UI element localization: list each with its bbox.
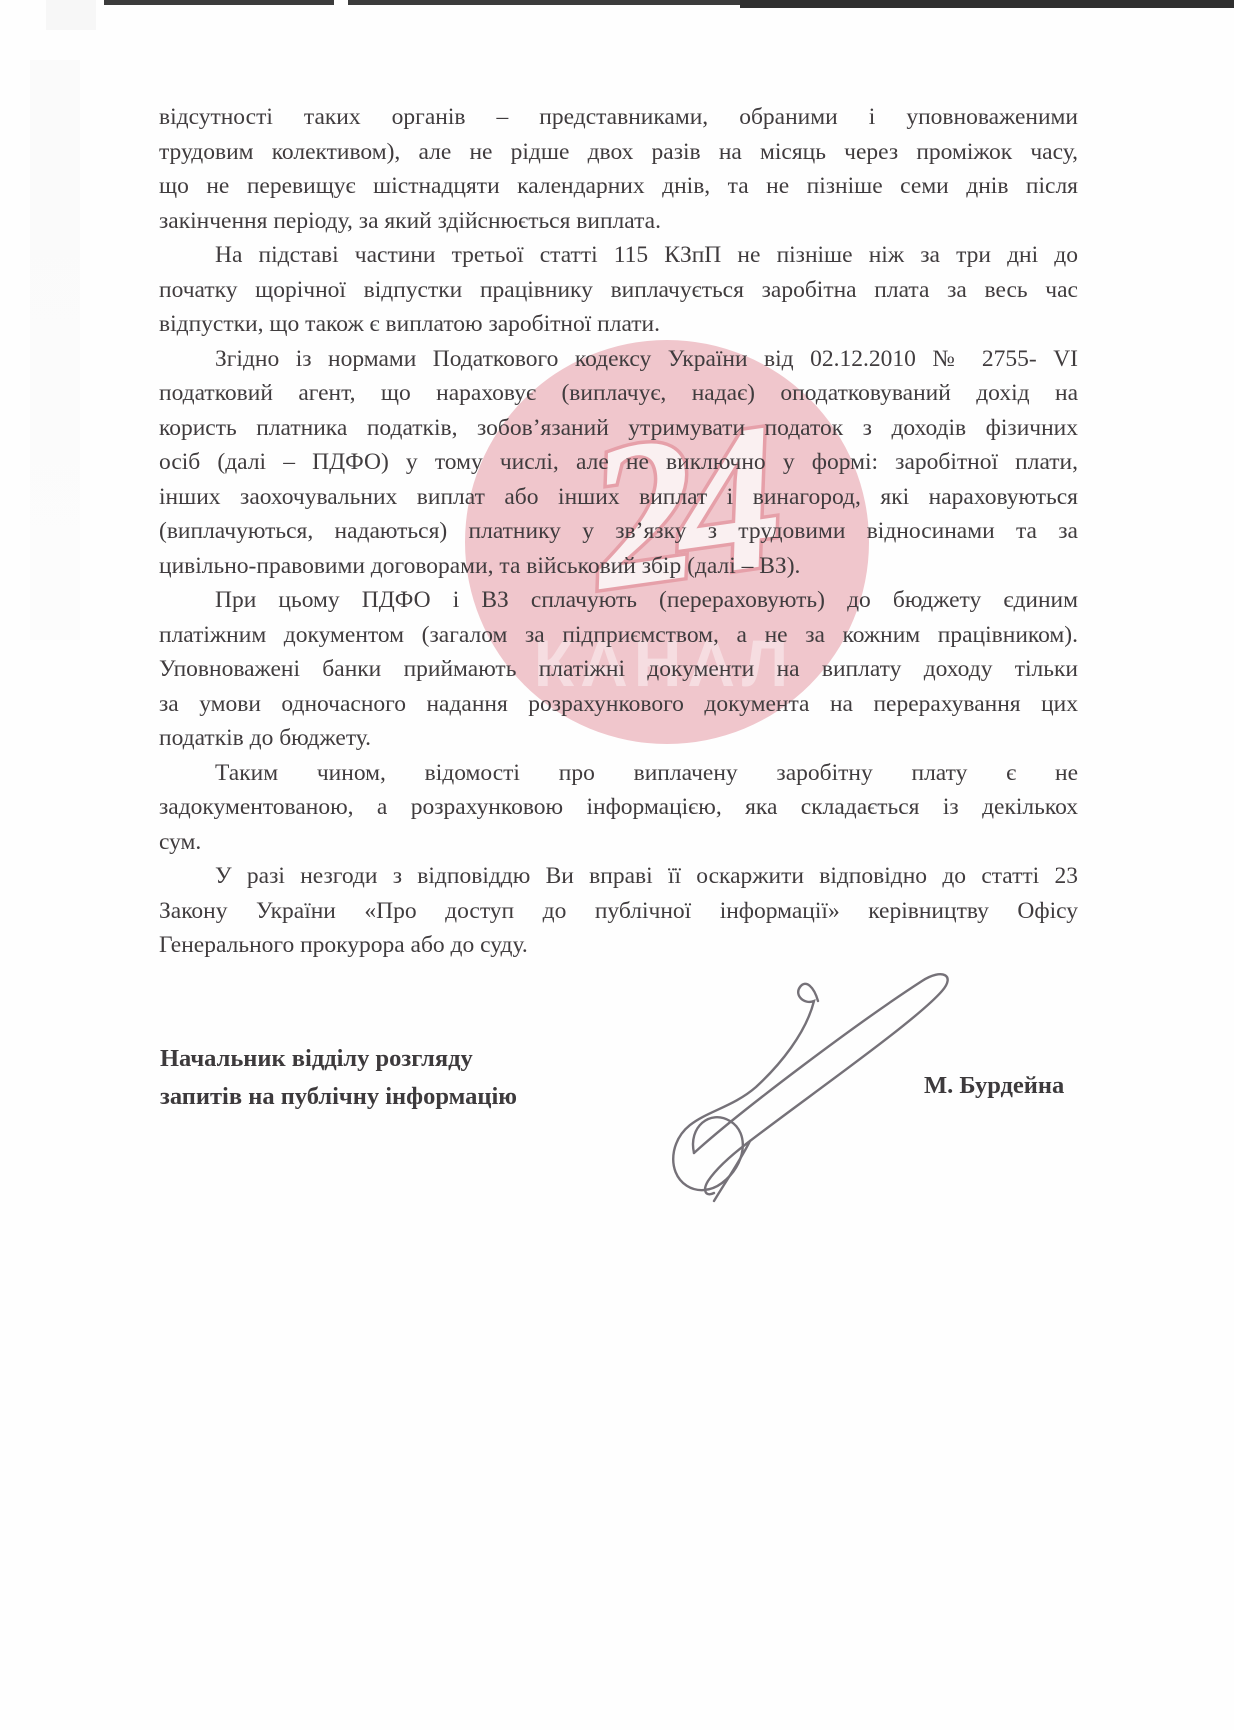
paragraph-line: Таким чином, відомості про виплачену зар… [159, 756, 1078, 791]
paragraph-line: Уповноважені банки приймають платіжні до… [159, 652, 1078, 687]
scan-artifact-top-notch [334, 0, 348, 8]
paragraph-line: сум. [159, 825, 1078, 860]
paragraph-line: При цьому ПДФО і ВЗ сплачують (перерахов… [159, 583, 1078, 618]
paragraph-line: трудовим колективом), але не рідше двох … [159, 135, 1078, 170]
paragraph-line: платіжним документом (загалом за підприє… [159, 618, 1078, 653]
scanned-letter-page: 24 КАНАЛ відсутності таких органів – пре… [0, 0, 1234, 1730]
paragraph-line: У разі незгоди з відповіддю Ви вправі її… [159, 859, 1078, 894]
paragraph-line: відсутності таких органів – представника… [159, 100, 1078, 135]
paragraph-line: (виплачуються, надаються) платнику у зв’… [159, 514, 1078, 549]
paragraph-line: початку щорічної відпустки працівнику ви… [159, 273, 1078, 308]
paragraph-line: за умови одночасного надання розрахунков… [159, 687, 1078, 722]
paragraph-line: задокументованою, а розрахунковою інформ… [159, 790, 1078, 825]
paragraph-line: податків до бюджету. [159, 721, 1078, 756]
signatory-title: Начальник відділу розгляду запитів на пу… [160, 1040, 517, 1116]
paragraph-line: користь платника податків, зобов’язаний … [159, 411, 1078, 446]
scan-artifact-top-edge-right [740, 0, 1234, 8]
paragraph-line: Згідно із нормами Податкового кодексу Ук… [159, 342, 1078, 377]
paragraph: На підставі частини третьої статті 115 К… [159, 238, 1078, 342]
signatory-title-line1: Начальник відділу розгляду [160, 1040, 517, 1078]
signatory-title-line2: запитів на публічну інформацію [160, 1078, 517, 1116]
paragraph-line: На підставі частини третьої статті 115 К… [159, 238, 1078, 273]
paragraph: Згідно із нормами Податкового кодексу Ук… [159, 342, 1078, 584]
paragraph-line: закінчення періоду, за який здійснюється… [159, 204, 1078, 239]
scan-artifact-left-margin [30, 60, 80, 640]
paragraph: відсутності таких органів – представника… [159, 100, 1078, 238]
handwritten-signature [628, 915, 978, 1205]
paragraph-line: що не перевищує шістнадцяти календарних … [159, 169, 1078, 204]
paragraph-line: податковий агент, що нараховує (виплачує… [159, 376, 1078, 411]
scan-artifact-corner [46, 0, 96, 30]
paragraph: Таким чином, відомості про виплачену зар… [159, 756, 1078, 860]
document-body: відсутності таких органів – представника… [159, 100, 1078, 963]
paragraph-line: інших заохочувальних виплат або інших ви… [159, 480, 1078, 515]
paragraph-line: відпустки, що також є виплатою заробітно… [159, 307, 1078, 342]
paragraph-line: цивільно-правовими договорами, та військ… [159, 549, 1078, 584]
paragraph-line: осіб (далі – ПДФО) у тому числі, але не … [159, 445, 1078, 480]
paragraph: При цьому ПДФО і ВЗ сплачують (перерахов… [159, 583, 1078, 756]
